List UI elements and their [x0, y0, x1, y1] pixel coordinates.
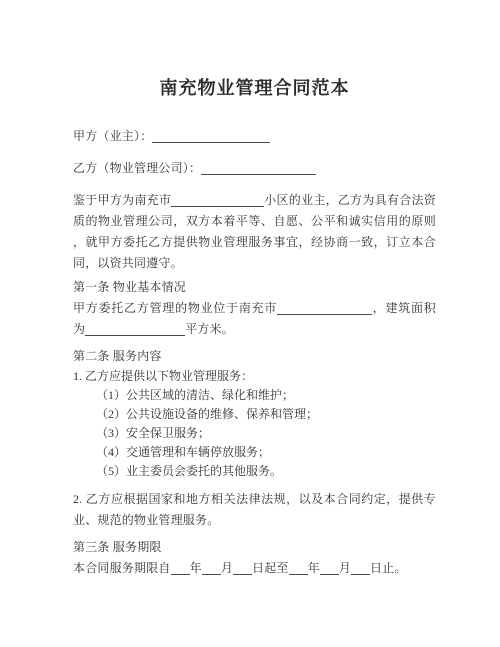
term-day-to-label: 日止。	[370, 561, 407, 575]
term-month-to-label: 月	[339, 561, 351, 575]
article-1-text-3: 平方米。	[185, 322, 234, 336]
party-b-blank	[201, 163, 316, 175]
contract-title: 南充物业管理合同范本	[63, 76, 446, 100]
term-month-to-blank	[320, 563, 339, 575]
preamble-text-before: 鉴于甲方为南充市	[73, 193, 171, 207]
party-a-blank	[152, 131, 270, 143]
contract-document: 南充物业管理合同范本 甲方（业主）： 乙方（物业管理公司）： 鉴于甲方为南充市小…	[0, 0, 500, 647]
term-day-from-blank	[233, 563, 252, 575]
term-day-from-label: 日起至	[252, 561, 289, 575]
property-location-blank	[277, 303, 372, 315]
article-1-heading: 第一条 物业基本情况	[73, 277, 436, 298]
party-b-line: 乙方（物业管理公司）：	[73, 158, 436, 179]
term-year-to-label: 年	[308, 561, 320, 575]
term-year-to-blank	[289, 563, 308, 575]
service-term-line: 本合同服务期限自年月日起至年月日止。	[73, 558, 436, 579]
article-3-heading: 第三条 服务期限	[73, 537, 436, 558]
preamble-paragraph: 鉴于甲方为南充市小区的业主，乙方为具有合法资质的物业管理公司，双方本着平等、自愿…	[73, 190, 436, 274]
service-clause-2: 2. 乙方应根据国家和地方相关法律法规，以及本合同约定，提供专业、规范的物业管理…	[73, 489, 436, 531]
service-item-1: （1）公共区域的清洁、绿化和维护；	[73, 386, 436, 405]
party-a-line: 甲方（业主）：	[73, 126, 436, 147]
article-1-body: 甲方委托乙方管理的物业位于南充市，建筑面积为平方米。	[73, 298, 436, 340]
party-b-label: 乙方（物业管理公司）：	[73, 161, 201, 175]
community-name-blank	[171, 195, 264, 207]
term-prefix: 本合同服务期限自	[73, 561, 171, 575]
service-item-2: （2）公共设施设备的维修、保养和管理；	[73, 405, 436, 424]
floor-area-blank	[85, 324, 185, 336]
service-clause-1: 1. 乙方应提供以下物业管理服务：	[73, 367, 436, 386]
party-a-label: 甲方（业主）：	[73, 129, 152, 143]
service-list: 1. 乙方应提供以下物业管理服务： （1）公共区域的清洁、绿化和维护； （2）公…	[73, 367, 436, 481]
term-year-from-label: 年	[190, 561, 202, 575]
term-day-to-blank	[351, 563, 370, 575]
service-item-5: （5）业主委员会委托的其他服务。	[73, 462, 436, 481]
article-2-heading: 第二条 服务内容	[73, 346, 436, 367]
article-1-text-1: 甲方委托乙方管理的物业位于南充市	[73, 301, 277, 315]
service-item-4: （4）交通管理和车辆停放服务；	[73, 443, 436, 462]
term-month-from-blank	[202, 563, 221, 575]
term-year-from-blank	[171, 563, 190, 575]
service-item-3: （3）安全保卫服务；	[73, 424, 436, 443]
term-month-from-label: 月	[221, 561, 233, 575]
